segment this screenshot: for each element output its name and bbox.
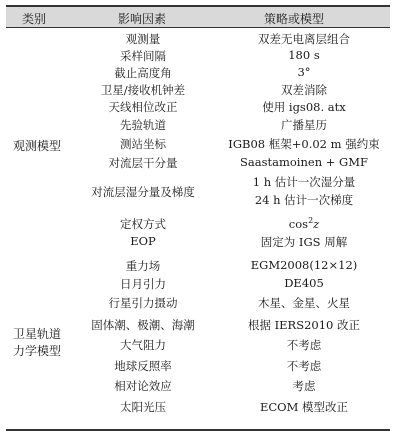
table-row: EOP固定为 IGS 周解 <box>6 234 390 250</box>
table-row: 测站坐标IGB08 框架+0.02 m 强约束 <box>6 136 390 152</box>
table-row: 太阳光压ECOM 模型改正 <box>6 399 390 415</box>
table-row: 大气阻力不考虑 <box>6 337 390 353</box>
header-strategy: 策略或模型 <box>264 10 324 27</box>
table-body: 观测模型 卫星轨道 力学模型 观测量双差无电离层组合 采样间隔180 s 截止高… <box>6 28 390 431</box>
header-factor: 影响因素 <box>118 10 166 27</box>
table-row-sub: 1 h 估计一次湿分量 <box>6 174 390 190</box>
table-row: 地球反照率不考虑 <box>6 358 390 374</box>
table-row: 固体潮、极潮、海潮根据 IERS2010 改正 <box>6 317 390 333</box>
table-row: 定权方式cos2z <box>6 216 390 232</box>
table-row: 采样间隔180 s <box>6 48 390 64</box>
table-row: 对流层干分量Saastamoinen + GMF <box>6 155 390 171</box>
table-row: 相对论效应考虑 <box>6 378 390 394</box>
table-row: 重力场EGM2008(12×12) <box>6 258 390 274</box>
table-header: 类别 影响因素 策略或模型 <box>6 5 390 28</box>
table-row: 行星引力摄动木星、金星、火星 <box>6 295 390 311</box>
parameter-table: 类别 影响因素 策略或模型 观测模型 卫星轨道 力学模型 观测量双差无电离层组合… <box>6 5 390 431</box>
table-row: 先验轨道广播星历 <box>6 117 390 133</box>
header-category: 类别 <box>22 10 46 27</box>
table-row: 观测量双差无电离层组合 <box>6 31 390 47</box>
table-row-sub: 24 h 估计一次梯度 <box>6 192 390 208</box>
table-row: 天线相位改正使用 igs08. atx <box>6 99 390 115</box>
table-row: 截止高度角3° <box>6 65 390 81</box>
table-row: 日月引力DE405 <box>6 276 390 292</box>
weighting-formula: cos2z <box>218 216 390 231</box>
table-row: 卫星/接收机钟差双差消除 <box>6 82 390 98</box>
